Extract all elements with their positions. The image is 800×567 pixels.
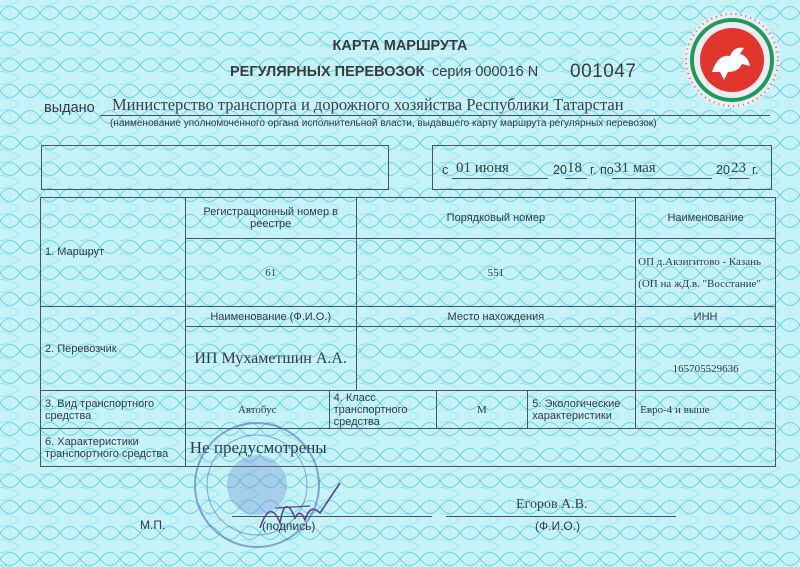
to-year-suffix: г. [752,163,759,177]
signature-line [232,516,432,517]
carrier-header-name: Наименование (Ф.И.О.) [185,307,356,327]
carrier-header-inn: ИНН [636,307,776,327]
from-date-underline [452,178,548,179]
vehicle-type-label: 3. Вид транспортного средства [41,391,186,429]
carrier-location [356,327,636,391]
validity-to-year: 23 [731,160,746,177]
issuing-authority-caption: (наименование уполномоченного органа исп… [110,118,657,129]
validity-to-prefix: г. по [590,163,614,177]
from-year-prefix: 20 [553,163,567,177]
blank-field-box [41,145,389,190]
vehicle-class-value: М [436,391,528,429]
to-date-underline [612,178,712,179]
from-year-underline [565,178,587,179]
issued-underline [100,115,770,116]
tatarstan-coat-of-arms-icon [672,6,790,110]
name-line [446,516,676,517]
signature-caption: (подпись) [262,519,315,533]
eco-value: Евро-4 и выше [636,391,776,429]
document-title: КАРТА МАРШРУТА [0,38,800,54]
validity-from-year: 18 [567,160,582,177]
issued-label: выдано [44,100,95,116]
vehicle-class-label: 4. Класс транспортного средства [329,391,436,429]
series-label: серия 000016 N [432,64,538,80]
carrier-section-label: 2. Перевозчик [41,307,186,391]
route-name: ОП д.Акзигитово - Казань (ОП на жД.в. "В… [636,239,776,307]
seal-placeholder-label: М.П. [140,518,165,532]
eco-label: 5. Экологические характеристики [528,391,636,429]
carrier-inn: 165705529636 [636,327,776,391]
validity-to-date: 31 мая [614,160,656,177]
route-section-label: 1. Маршрут [41,198,186,307]
validity-from-prefix: с [442,163,448,177]
vehicle-features-label: 6. Характеристики транспортного средства [41,429,186,467]
validity-from-date: 01 июня [456,160,509,177]
route-registry-number: 61 [185,239,356,307]
carrier-header-location: Место нахождения [356,307,636,327]
document-subtitle: РЕГУЛЯРНЫХ ПЕРЕВОЗОК [230,64,425,80]
to-year-underline [729,178,749,179]
route-card-table: 1. Маршрут Регистрационный номер в реест… [40,197,776,467]
name-caption: (Ф.И.О.) [535,519,580,533]
route-header-registry: Регистрационный номер в реестре [185,198,356,239]
carrier-name: ИП Мухаметшин А.А. [185,327,356,391]
route-serial-number: 551 [356,239,636,307]
route-header-serial: Порядковый номер [356,198,636,239]
route-header-name: Наименование [636,198,776,239]
issuing-authority: Министерство транспорта и дорожного хозя… [112,95,624,115]
document-number: 001047 [570,61,636,83]
to-year-prefix: 20 [716,163,730,177]
official-name: Егоров А.В. [516,497,588,513]
